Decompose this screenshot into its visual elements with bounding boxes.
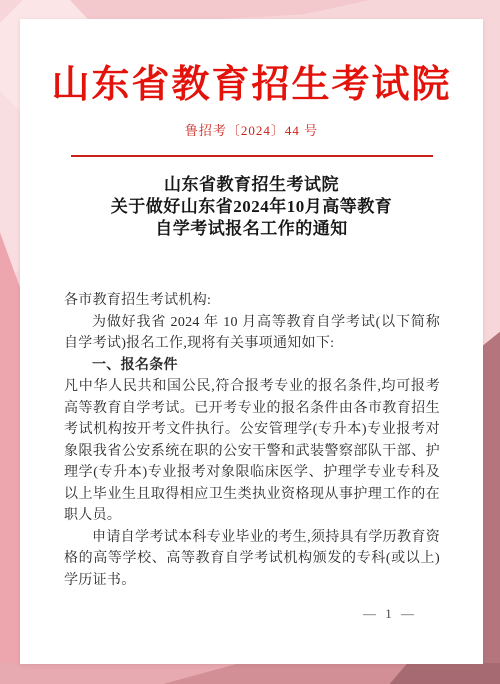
document-reference-number: 鲁招考〔2024〕44 号 [20,122,483,139]
section-1-paragraph-2: 申请自学考试本科专业毕业的考生,须持具有学历教育资格的高等学校、高等教育自学考试… [64,527,440,592]
salutation-line: 各市教育招生考试机构: [64,290,440,312]
notice-title: 山东省教育招生考试院 关于做好山东省2024年10月高等教育 自学考试报名工作的… [20,174,483,240]
document-page: 山东省教育招生考试院 鲁招考〔2024〕44 号 山东省教育招生考试院 关于做好… [20,19,483,664]
notice-title-line-2: 关于做好山东省2024年10月高等教育 [20,196,483,218]
red-divider-rule [71,155,433,157]
document-photo-canvas: 山东省教育招生考试院 鲁招考〔2024〕44 号 山东省教育招生考试院 关于做好… [0,0,500,684]
section-1-heading: 一、报名条件 [64,355,440,377]
organization-letterhead-title: 山东省教育招生考试院 [20,61,483,109]
section-1-paragraph-1: 凡中华人民共和国公民,符合报考专业的报名条件,均可报考高等教育自学考试。已开考专… [64,376,440,527]
background-right-strip [483,0,500,684]
page-number: — 1 — [363,606,417,622]
intro-paragraph: 为做好我省 2024 年 10 月高等教育自学考试(以下简称自学考试)报名工作,… [64,312,440,355]
document-body: 各市教育招生考试机构: 为做好我省 2024 年 10 月高等教育自学考试(以下… [64,290,440,591]
notice-title-line-3: 自学考试报名工作的通知 [20,218,483,240]
notice-title-line-1: 山东省教育招生考试院 [20,174,483,196]
